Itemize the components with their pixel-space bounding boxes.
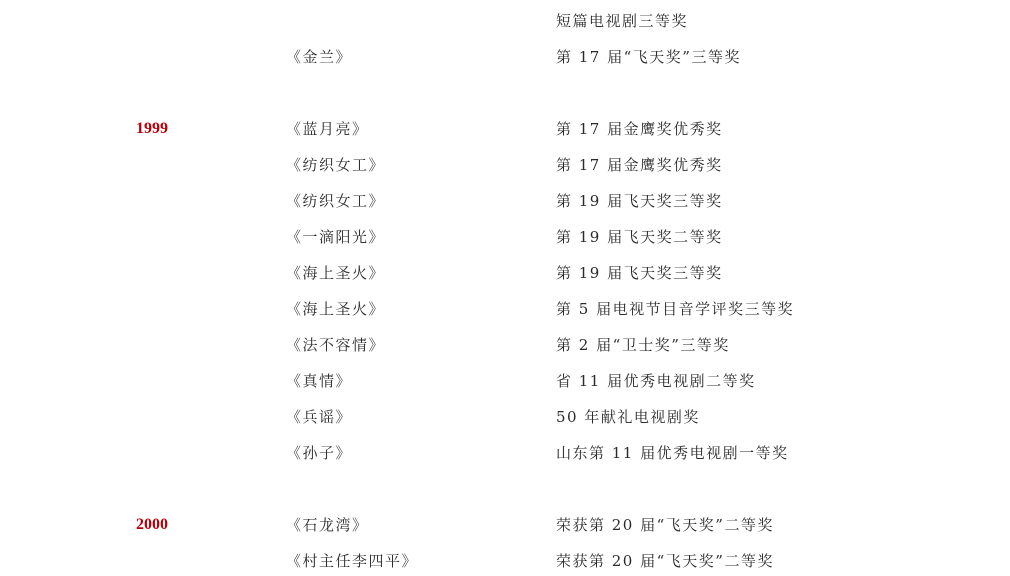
award-row: 《海上圣火》 第 5 届电视节目音学评奖三等奖 bbox=[0, 291, 1010, 327]
award-name: 短篇电视剧三等奖 bbox=[556, 3, 688, 39]
award-name: 省 11 届优秀电视剧二等奖 bbox=[556, 363, 756, 399]
work-title: 《海上圣火》 bbox=[286, 255, 385, 291]
work-title: 《法不容情》 bbox=[286, 327, 385, 363]
award-name: 第 19 届飞天奖二等奖 bbox=[556, 219, 723, 255]
award-row: 《法不容情》 第 2 届“卫士奖”三等奖 bbox=[0, 327, 1010, 363]
award-name: 第 17 届金鹰奖优秀奖 bbox=[556, 111, 723, 147]
award-row: 2000 《石龙湾》 荣获第 20 届“飞天奖”二等奖 bbox=[0, 507, 1010, 543]
work-title: 《蓝月亮》 bbox=[286, 111, 369, 147]
award-name: 第 19 届飞天奖三等奖 bbox=[556, 183, 723, 219]
award-name: 第 2 届“卫士奖”三等奖 bbox=[556, 327, 730, 363]
award-name: 50 年献礼电视剧奖 bbox=[556, 399, 700, 435]
award-row: 《兵谣》 50 年献礼电视剧奖 bbox=[0, 399, 1010, 435]
award-row: 《一滴阳光》 第 19 届飞天奖二等奖 bbox=[0, 219, 1010, 255]
award-name: 荣获第 20 届“飞天奖”二等奖 bbox=[556, 507, 774, 543]
spacer-row bbox=[0, 471, 1010, 507]
work-title: 《村主任李四平》 bbox=[286, 543, 418, 576]
work-title: 《纺织女工》 bbox=[286, 147, 385, 183]
work-title: 《一滴阳光》 bbox=[286, 219, 385, 255]
work-title: 《兵谣》 bbox=[286, 399, 352, 435]
award-row: 《真情》 省 11 届优秀电视剧二等奖 bbox=[0, 363, 1010, 399]
award-row: 《海上圣火》 第 19 届飞天奖三等奖 bbox=[0, 255, 1010, 291]
award-row: 短篇电视剧三等奖 bbox=[0, 3, 1010, 39]
award-name: 第 19 届飞天奖三等奖 bbox=[556, 255, 723, 291]
award-row: 《孙子》 山东第 11 届优秀电视剧一等奖 bbox=[0, 435, 1010, 471]
award-name: 荣获第 20 届“飞天奖”二等奖 bbox=[556, 543, 774, 576]
award-list-page: 短篇电视剧三等奖 《金兰》 第 17 届“飞天奖”三等奖 1999 《蓝月亮》 … bbox=[0, 0, 1010, 576]
award-name: 第 17 届金鹰奖优秀奖 bbox=[556, 147, 723, 183]
award-name: 第 17 届“飞天奖”三等奖 bbox=[556, 39, 741, 75]
spacer-row bbox=[0, 75, 1010, 111]
work-title: 《真情》 bbox=[286, 363, 352, 399]
work-title: 《孙子》 bbox=[286, 435, 352, 471]
work-title: 《海上圣火》 bbox=[286, 291, 385, 327]
award-row: 《村主任李四平》 荣获第 20 届“飞天奖”二等奖 bbox=[0, 543, 1010, 576]
award-row: 《纺织女工》 第 19 届飞天奖三等奖 bbox=[0, 183, 1010, 219]
award-row: 1999 《蓝月亮》 第 17 届金鹰奖优秀奖 bbox=[0, 111, 1010, 147]
work-title: 《石龙湾》 bbox=[286, 507, 369, 543]
award-name: 山东第 11 届优秀电视剧一等奖 bbox=[556, 435, 789, 471]
award-name: 第 5 届电视节目音学评奖三等奖 bbox=[556, 291, 794, 327]
work-title: 《纺织女工》 bbox=[286, 183, 385, 219]
year-label: 1999 bbox=[136, 111, 168, 147]
year-label: 2000 bbox=[136, 507, 168, 543]
award-row: 《金兰》 第 17 届“飞天奖”三等奖 bbox=[0, 39, 1010, 75]
award-row: 《纺织女工》 第 17 届金鹰奖优秀奖 bbox=[0, 147, 1010, 183]
work-title: 《金兰》 bbox=[286, 39, 352, 75]
